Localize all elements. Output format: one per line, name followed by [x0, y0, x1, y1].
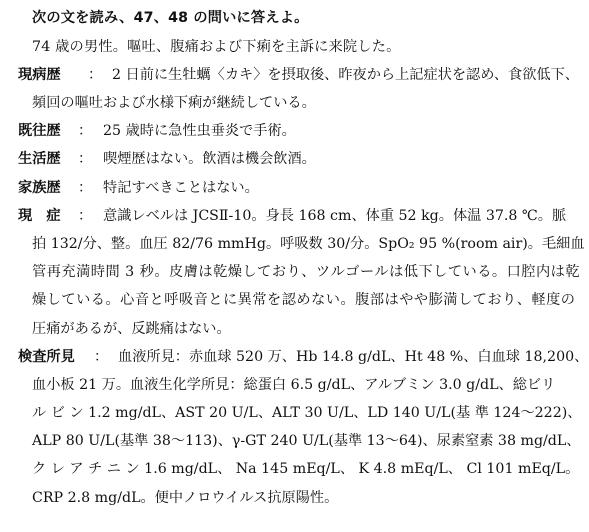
section-colon: ： — [78, 119, 92, 143]
section-label-lab-findings: 検査所見 — [18, 345, 75, 369]
lab-findings-line-3: ル ビ ン 1.2 mg/dL、AST 20 U/L、ALT 30 U/L、LD… — [32, 401, 581, 425]
past-history-line-1: 25 歳時に急性虫垂炎で手術。 — [103, 119, 296, 143]
section-colon: ： — [78, 176, 92, 200]
lab-findings-line-5: ク レ ア チ ニ ン 1.6 mg/dL、 Na 145 mEq/L、 K 4… — [32, 457, 579, 481]
section-colon: ： — [94, 345, 108, 369]
section-label-family-history: 家族歴 — [18, 176, 61, 200]
question-header: 次の文を読み、47、48 の問いに答えよ。 — [32, 6, 308, 30]
present-symptoms-line-3: 管再充満時間 3 秒。皮膚は乾燥しており、ツルゴールは低下している。口腔内は乾 — [32, 260, 580, 284]
section-colon: ： — [88, 63, 102, 87]
social-history-line-1: 喫煙歴はない。飲酒は機会飲酒。 — [103, 147, 316, 171]
patient-intro: 74 歳の男性。嘔吐、腹痛および下痢を主訴に来院した。 — [32, 35, 400, 59]
section-label-social-history: 生活歴 — [18, 147, 61, 171]
lab-findings-line-2: 血小板 21 万。血液生化学所見：総蛋白 6.5 g/dL、アルブミン 3.0 … — [32, 373, 555, 397]
family-history-line-1: 特記すべきことはない。 — [103, 176, 259, 200]
present-symptoms-line-2: 拍 132/分、整。血圧 82/76 mmHg。呼吸数 30/分。SpO₂ 95… — [32, 232, 585, 256]
section-label-present-symptoms: 現 症 — [18, 204, 61, 228]
present-illness-line-2: 頻回の嘔吐および水様下痢が継続している。 — [32, 91, 316, 115]
section-colon: ： — [78, 147, 92, 171]
lab-findings-line-6: CRP 2.8 mg/dL。便中ノロウイルス抗原陽性。 — [32, 486, 338, 510]
section-colon: ： — [78, 204, 92, 228]
lab-findings-line-1: 血液所見：赤血球 520 万、Hb 14.8 g/dL、Ht 48 %、白血球 … — [118, 345, 588, 369]
section-label-present-illness: 現病歴 — [18, 63, 61, 87]
present-symptoms-line-5: 圧痛があるが、反跳痛はない。 — [32, 317, 231, 341]
exam-question-document: 次の文を読み、47、48 の問いに答えよ。 74 歳の男性。嘔吐、腹痛および下痢… — [0, 0, 589, 532]
lab-findings-line-4: ALP 80 U/L(基準 38～113)、γ-GT 240 U/L(基準 13… — [32, 429, 581, 453]
section-label-past-history: 既往歴 — [18, 119, 61, 143]
present-illness-line-1: 2 日前に生牡蠣〈カキ〉を摂取後、昨夜から上記症状を認め、食欲低下、 — [112, 63, 579, 87]
present-symptoms-line-4: 燥している。心音と呼吸音とに異常を認めない。腹部はやや膨満しており、軽度の — [32, 288, 575, 312]
present-symptoms-line-1: 意識レベルは JCSⅡ-10。身長 168 cm、体重 52 kg。体温 37.… — [103, 204, 566, 228]
